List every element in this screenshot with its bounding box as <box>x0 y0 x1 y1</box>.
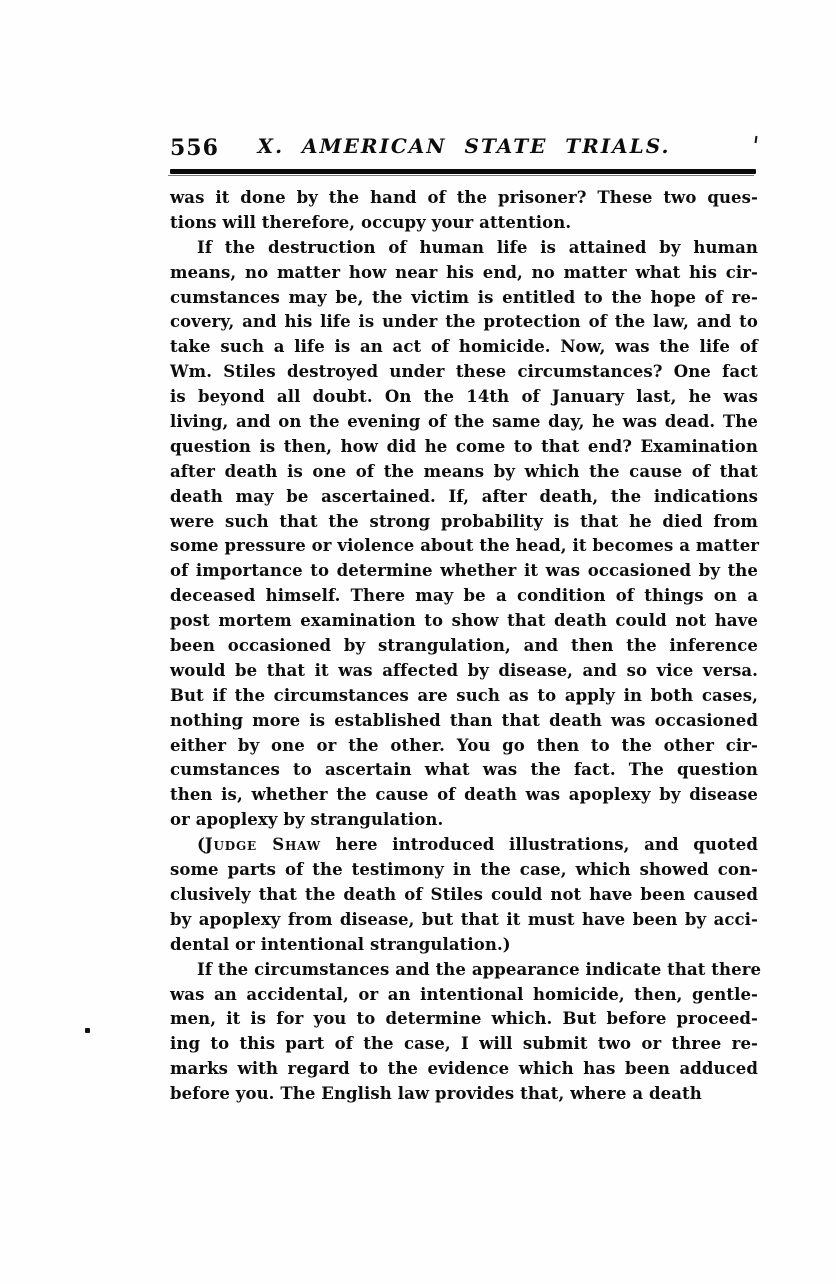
page-body: was it done by the hand of the prisoner?… <box>170 186 758 1107</box>
text-line: before you. The English law provides tha… <box>170 1082 758 1107</box>
text-line: Wm. Stiles destroyed under these circums… <box>170 360 758 385</box>
paragraph: If the circumstances and the appearance … <box>170 958 758 1107</box>
scanned-book-page: 556 X. AMERICAN STATE TRIALS. was it don… <box>0 0 836 1284</box>
text-line: cumstances may be, the victim is entitle… <box>170 286 758 311</box>
text-line: covery, and his life is under the protec… <box>170 310 758 335</box>
print-speck <box>85 1028 90 1033</box>
text-line: means, no matter how near his end, no ma… <box>170 261 758 286</box>
text-line: cumstances to ascertain what was the fac… <box>170 758 758 783</box>
text-line: would be that it was affected by disease… <box>170 659 758 684</box>
text-line: death may be ascertained. If, after deat… <box>170 485 758 510</box>
text-line: or apoplexy by strangulation. <box>170 808 758 833</box>
text-line: marks with regard to the evidence which … <box>170 1057 758 1082</box>
text-line: either by one or the other. You go then … <box>170 734 758 759</box>
text-line: men, it is for you to determine which. B… <box>170 1007 758 1032</box>
text-line: question is then, how did he come to tha… <box>170 435 758 460</box>
running-title: X. AMERICAN STATE TRIALS. <box>170 134 758 158</box>
text-line: If the circumstances and the appearance … <box>170 958 758 983</box>
text-line: been occasioned by strangulation, and th… <box>170 634 758 659</box>
text-line: was an accidental, or an intentional hom… <box>170 983 758 1008</box>
text-line: deceased himself. There may be a conditi… <box>170 584 758 609</box>
text-line: ing to this part of the case, I will sub… <box>170 1032 758 1057</box>
text-line: But if the circumstances are such as to … <box>170 684 758 709</box>
page-header: 556 X. AMERICAN STATE TRIALS. <box>170 132 758 164</box>
text-line: was it done by the hand of the prisoner?… <box>170 186 758 211</box>
text-line: by apoplexy from disease, but that it mu… <box>170 908 758 933</box>
text-line: living, and on the evening of the same d… <box>170 410 758 435</box>
paragraph: (Judge Shaw here introduced illustration… <box>170 833 758 957</box>
text-line: post mortem examination to show that dea… <box>170 609 758 634</box>
text-line: some pressure or violence about the head… <box>170 534 758 559</box>
text-line: If the destruction of human life is atta… <box>170 236 758 261</box>
header-rule <box>170 169 756 174</box>
text-line: dental or intentional strangulation.) <box>170 933 758 958</box>
text-line: is beyond all doubt. On the 14th of Janu… <box>170 385 758 410</box>
text-line: (Judge Shaw here introduced illustration… <box>170 833 758 858</box>
text-line: then is, whether the cause of death was … <box>170 783 758 808</box>
text-line: nothing more is established than that de… <box>170 709 758 734</box>
text-line: tions will therefore, occupy your attent… <box>170 211 758 236</box>
text-line: clusively that the death of Stiles could… <box>170 883 758 908</box>
paragraph: was it done by the hand of the prisoner?… <box>170 186 758 236</box>
text-line: take such a life is an act of homicide. … <box>170 335 758 360</box>
text-line: some parts of the testimony in the case,… <box>170 858 758 883</box>
text-line: of importance to determine whether it wa… <box>170 559 758 584</box>
paragraph: If the destruction of human life is atta… <box>170 236 758 833</box>
text-line: after death is one of the means by which… <box>170 460 758 485</box>
text-line: were such that the strong probability is… <box>170 510 758 535</box>
